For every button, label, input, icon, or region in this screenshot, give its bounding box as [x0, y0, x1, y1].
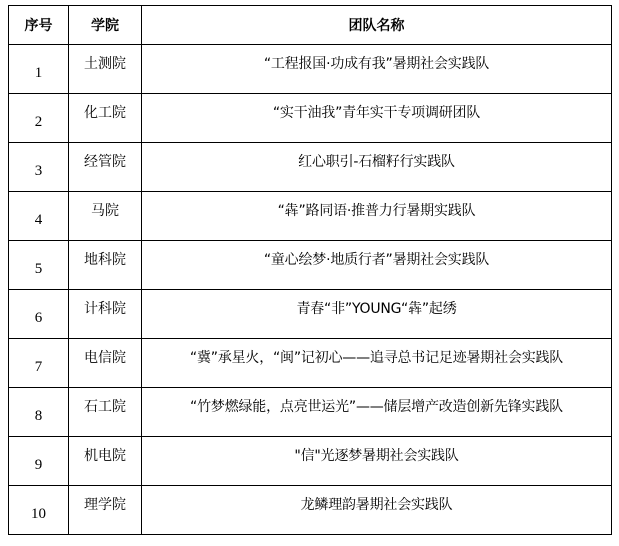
row-college: 经管院	[69, 143, 142, 192]
row-number: 2	[9, 94, 69, 143]
row-team-name: “实干油我”青年实干专项调研团队	[142, 94, 612, 143]
table-row: 3 经管院 红心职引-石榴籽行实践队	[9, 143, 612, 192]
row-number: 9	[9, 437, 69, 486]
header-number: 序号	[9, 6, 69, 45]
row-team-name: 龙鳞理韵暑期社会实践队	[142, 486, 612, 535]
row-college: 化工院	[69, 94, 142, 143]
row-number: 4	[9, 192, 69, 241]
row-number: 5	[9, 241, 69, 290]
row-college: 计科院	[69, 290, 142, 339]
header-team-name: 团队名称	[142, 6, 612, 45]
row-college: 土测院	[69, 45, 142, 94]
row-team-name: “犇”路同语·推普力行暑期实践队	[142, 192, 612, 241]
row-number: 6	[9, 290, 69, 339]
row-college: 电信院	[69, 339, 142, 388]
row-team-name: 红心职引-石榴籽行实践队	[142, 143, 612, 192]
table-row: 2 化工院 “实干油我”青年实干专项调研团队	[9, 94, 612, 143]
row-number: 8	[9, 388, 69, 437]
row-team-name: “竹梦燃绿能，点亮世运光”——储层增产改造创新先锋实践队	[142, 388, 612, 437]
row-team-name: “童心绘梦·地质行者”暑期社会实践队	[142, 241, 612, 290]
table-row: 7 电信院 “冀”承星火，“闽”记初心——追寻总书记足迹暑期社会实践队	[9, 339, 612, 388]
row-number: 7	[9, 339, 69, 388]
row-college: 机电院	[69, 437, 142, 486]
row-team-name: 青春“非”YOUNG“犇”起绣	[142, 290, 612, 339]
row-college: 理学院	[69, 486, 142, 535]
team-list-table: 序号 学院 团队名称 1 土测院 “工程报国·功成有我”暑期社会实践队 2 化工…	[8, 5, 612, 535]
row-college: 石工院	[69, 388, 142, 437]
table-row: 6 计科院 青春“非”YOUNG“犇”起绣	[9, 290, 612, 339]
table-row: 5 地科院 “童心绘梦·地质行者”暑期社会实践队	[9, 241, 612, 290]
row-college: 马院	[69, 192, 142, 241]
table-header-row: 序号 学院 团队名称	[9, 6, 612, 45]
header-college: 学院	[69, 6, 142, 45]
row-team-name: “冀”承星火，“闽”记初心——追寻总书记足迹暑期社会实践队	[142, 339, 612, 388]
table-row: 9 机电院 "信"光逐梦暑期社会实践队	[9, 437, 612, 486]
row-number: 10	[9, 486, 69, 535]
table-row: 4 马院 “犇”路同语·推普力行暑期实践队	[9, 192, 612, 241]
row-number: 3	[9, 143, 69, 192]
table-row: 10 理学院 龙鳞理韵暑期社会实践队	[9, 486, 612, 535]
row-college: 地科院	[69, 241, 142, 290]
row-team-name: "信"光逐梦暑期社会实践队	[142, 437, 612, 486]
table-row: 8 石工院 “竹梦燃绿能，点亮世运光”——储层增产改造创新先锋实践队	[9, 388, 612, 437]
row-number: 1	[9, 45, 69, 94]
row-team-name: “工程报国·功成有我”暑期社会实践队	[142, 45, 612, 94]
table-row: 1 土测院 “工程报国·功成有我”暑期社会实践队	[9, 45, 612, 94]
